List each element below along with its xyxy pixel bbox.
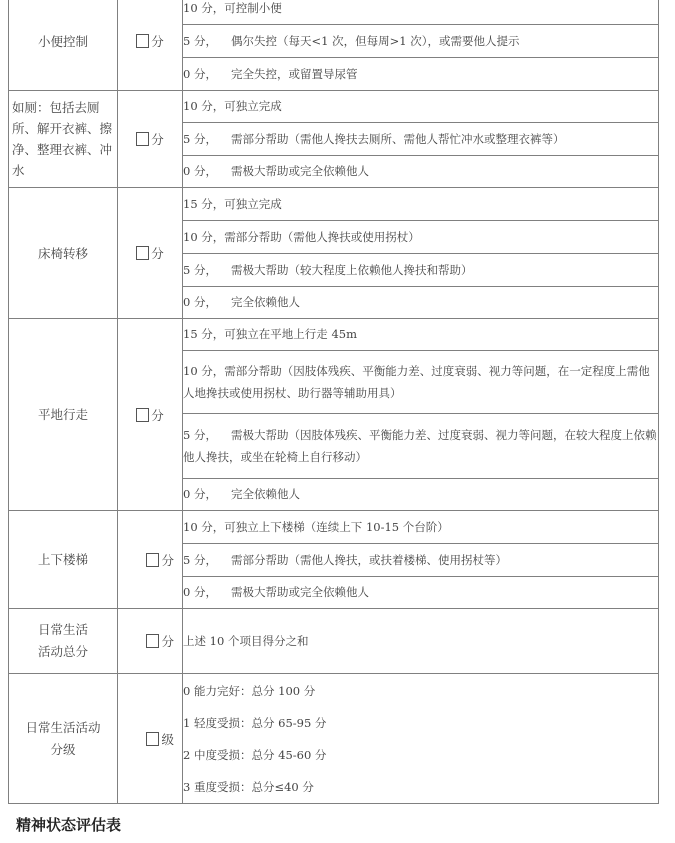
grade-item: 1 轻度受损：总分 65-95 分: [183, 707, 658, 739]
grade-item: 0 能力完好：总分 100 分: [183, 675, 658, 707]
score-field-walking[interactable]: 分: [118, 319, 183, 511]
section-title-mental-status: 精神状态评估表: [16, 814, 121, 835]
score-field-transfer[interactable]: 分: [118, 188, 183, 319]
item-label-toileting: 如厕：包括去厕所、解开衣裤、擦净、整理衣裤、冲水: [9, 91, 118, 188]
score-field-stairs[interactable]: 分: [118, 511, 183, 609]
table-row: 日常生活活动分级 级 0 能力完好：总分 100 分 1 轻度受损：总分 65-…: [9, 674, 659, 804]
adl-assessment-table: 小便控制 分 10 分，可控制小便 5 分，偶尔失控（每天<1 次，但每周>1 …: [8, 0, 659, 804]
option-cell: 5 分，需极大帮助（因肢体残疾、平衡能力差、过度衰弱、视力等问题，在较大程度上依…: [183, 414, 659, 479]
option-cell: 10 分，可独立上下楼梯（连续上下 10-15 个台阶）: [183, 511, 659, 544]
item-label-walking: 平地行走: [9, 319, 118, 511]
score-field-toileting[interactable]: 分: [118, 91, 183, 188]
option-cell: 5 分，需部分帮助（需他人搀扶去厕所、需他人帮忙冲水或整理衣裤等）: [183, 123, 659, 156]
option-cell: 15 分，可独立在平地上行走 45m: [183, 319, 659, 351]
option-cell: 0 分，完全依赖他人: [183, 287, 659, 319]
option-cell: 0 分，需极大帮助或完全依赖他人: [183, 577, 659, 609]
option-cell: 10 分，需部分帮助（因肢体残疾、平衡能力差、过度衰弱、视力等问题，在一定程度上…: [183, 351, 659, 414]
table-row: 平地行走 分 15 分，可独立在平地上行走 45m: [9, 319, 659, 351]
grade-item: 2 中度受损：总分 45-60 分: [183, 739, 658, 771]
checkbox-icon[interactable]: [136, 408, 149, 422]
checkbox-icon[interactable]: [136, 246, 149, 260]
grade-item: 3 重度受损：总分≤40 分: [183, 771, 658, 803]
option-cell: 0 分，完全失控，或留置导尿管: [183, 58, 659, 91]
item-label-adl-grade: 日常生活活动分级: [9, 674, 118, 804]
table-row: 日常生活活动总分 分 上述 10 个项目得分之和: [9, 609, 659, 674]
option-cell: 0 分，完全依赖他人: [183, 479, 659, 511]
table-row: 如厕：包括去厕所、解开衣裤、擦净、整理衣裤、冲水 分 10 分，可独立完成: [9, 91, 659, 123]
description-cell: 上述 10 个项目得分之和: [183, 609, 659, 674]
checkbox-icon[interactable]: [146, 732, 159, 746]
option-cell: 10 分，需部分帮助（需他人搀扶或使用拐杖）: [183, 221, 659, 254]
item-label-stairs: 上下楼梯: [9, 511, 118, 609]
grade-field-adl[interactable]: 级: [118, 674, 183, 804]
option-cell: 0 分，需极大帮助或完全依赖他人: [183, 156, 659, 188]
option-cell: 10 分，可独立完成: [183, 91, 659, 123]
table-row: 小便控制 分 10 分，可控制小便: [9, 0, 659, 25]
option-cell: 5 分，偶尔失控（每天<1 次，但每周>1 次），或需要他人提示: [183, 25, 659, 58]
option-cell: 5 分，需部分帮助（需他人搀扶，或扶着楼梯、使用拐杖等）: [183, 544, 659, 577]
item-label-transfer: 床椅转移: [9, 188, 118, 319]
option-cell: 5 分，需极大帮助（较大程度上依赖他人搀扶和帮助）: [183, 254, 659, 287]
option-cell: 15 分，可独立完成: [183, 188, 659, 221]
checkbox-icon[interactable]: [146, 553, 159, 567]
item-label-urination: 小便控制: [9, 0, 118, 91]
table-row: 床椅转移 分 15 分，可独立完成: [9, 188, 659, 221]
option-cell: 10 分，可控制小便: [183, 0, 659, 25]
table-row: 上下楼梯 分 10 分，可独立上下楼梯（连续上下 10-15 个台阶）: [9, 511, 659, 544]
grade-list: 0 能力完好：总分 100 分 1 轻度受损：总分 65-95 分 2 中度受损…: [183, 674, 659, 804]
checkbox-icon[interactable]: [136, 132, 149, 146]
checkbox-icon[interactable]: [136, 34, 149, 48]
item-label-adl-total: 日常生活活动总分: [9, 609, 118, 674]
checkbox-icon[interactable]: [146, 634, 159, 648]
score-field-urination[interactable]: 分: [118, 0, 183, 91]
score-field-adl-total[interactable]: 分: [118, 609, 183, 674]
